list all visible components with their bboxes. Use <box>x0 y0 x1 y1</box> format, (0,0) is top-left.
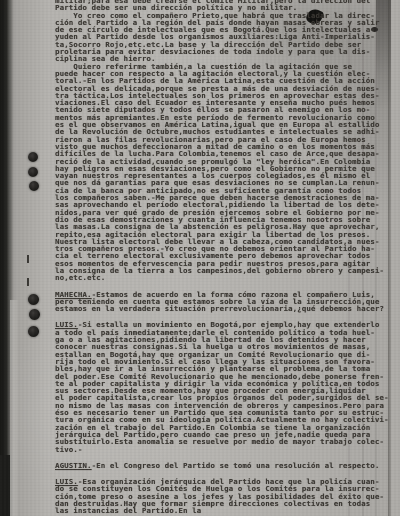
punch-hole <box>28 167 38 177</box>
text-line: las instancias del Partido.En la <box>55 507 397 514</box>
text-line: no,etc.etc. <box>55 274 397 281</box>
margin-mark <box>27 278 29 286</box>
punch-hole <box>29 309 40 320</box>
punch-hole <box>28 152 38 162</box>
punch-hole <box>29 181 39 191</box>
text-line: tivo.- <box>55 446 397 453</box>
speaker-name: AGUSTIN. <box>55 461 92 470</box>
punch-hole <box>28 294 39 305</box>
text-line: substituirlo.Esta anomalía se resuelve p… <box>55 438 397 445</box>
speaker-line: AGUSTIN.-En el Congreso del Partido se t… <box>55 462 397 469</box>
margin-mark <box>27 255 29 263</box>
typewritten-text-block: militar;para ésa debe crearse el Comité … <box>55 0 397 515</box>
scan-edge-highlight <box>10 300 19 516</box>
scanned-document-page: militar;para ésa debe crearse el Comité … <box>0 0 400 516</box>
scan-edge-bottom-left <box>0 455 10 516</box>
text-line: la consigna de la tierra a los campesino… <box>55 267 397 274</box>
punch-hole <box>28 326 39 337</box>
text-line: estamos en la verdadera situación prerre… <box>55 305 397 312</box>
